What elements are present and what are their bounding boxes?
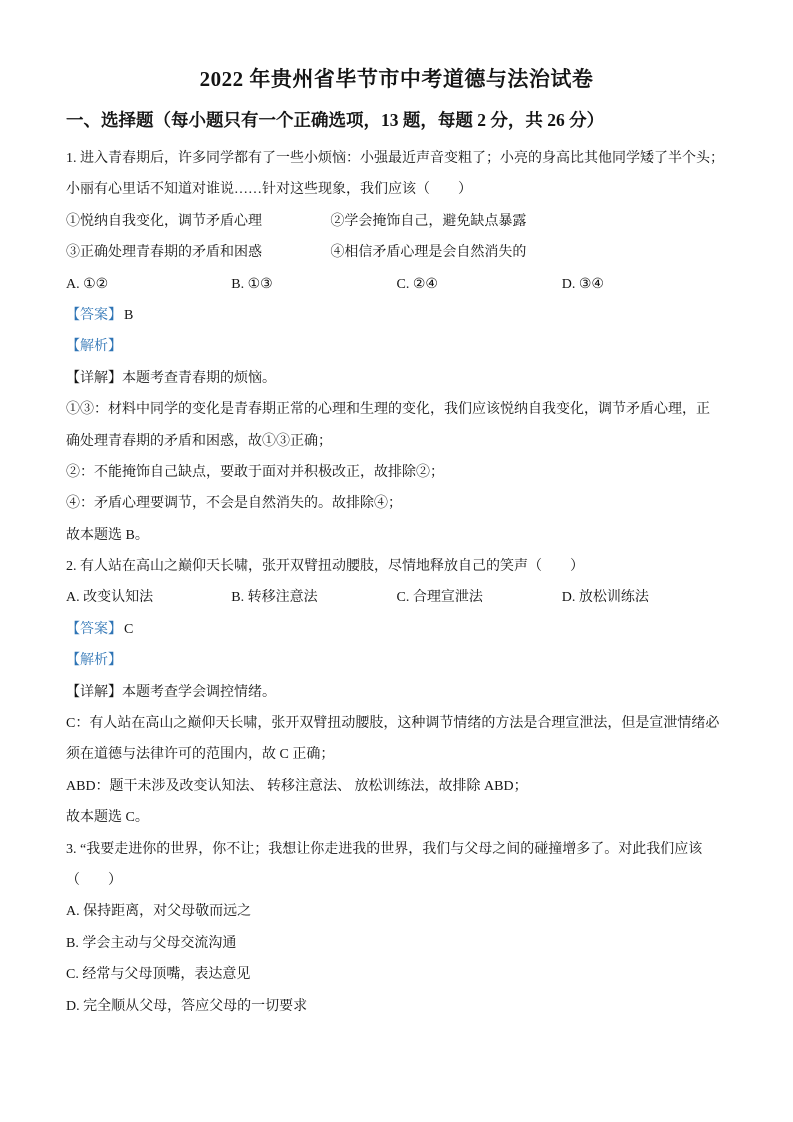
q2-detail-line1: 【详解】本题考查学会调控情绪。 <box>66 677 727 708</box>
q2-detail-line4: ABD：题干未涉及改变认知法、 转移注意法、 放松训练法，故排除 ABD； <box>66 771 727 802</box>
exam-paper-page: 2022 年贵州省毕节市中考道德与法治试卷 一、选择题（每小题只有一个正确选项，… <box>0 0 793 1122</box>
q3-stem-line2: （ ） <box>66 865 727 896</box>
q2-answer-value: C <box>124 622 133 637</box>
q1-option-a: A. ①② <box>66 269 231 300</box>
q1-analysis-line: 【解析】 <box>66 331 727 362</box>
q1-detail-line2: ①③：材料中同学的变化是青春期正常的心理和生理的变化，我们应该悦纳自我变化，调节… <box>66 394 727 425</box>
q1-answer-label: 【答案】 <box>66 308 122 323</box>
q2-options-row: A. 改变认知法 B. 转移注意法 C. 合理宣泄法 D. 放松训练法 <box>66 582 727 613</box>
q1-answer-value: B <box>124 308 133 323</box>
q1-analysis-label: 【解析】 <box>66 339 122 354</box>
q1-statement-2: ②学会掩饰自己，避免缺点暴露 <box>330 206 727 237</box>
q2-analysis-label: 【解析】 <box>66 653 122 668</box>
q2-detail-line2: C：有人站在高山之巅仰天长啸，张开双臂扭动腰肢，这种调节情绪的方法是合理宣泄法，… <box>66 708 727 739</box>
q2-stem-line1: 2. 有人站在高山之巅仰天长啸，张开双臂扭动腰肢，尽情地释放自己的笑声（ ） <box>66 551 727 582</box>
q1-option-d: D. ③④ <box>562 269 727 300</box>
q2-option-a: A. 改变认知法 <box>66 582 231 613</box>
q3-option-b: B. 学会主动与父母交流沟通 <box>66 928 727 959</box>
q2-analysis-line: 【解析】 <box>66 645 727 676</box>
q1-statements-row2: ③正确处理青春期的矛盾和困惑 ④相信矛盾心理是会自然消失的 <box>66 237 727 268</box>
q1-statements-row1: ①悦纳自我变化，调节矛盾心理 ②学会掩饰自己，避免缺点暴露 <box>66 206 727 237</box>
q2-answer-line: 【答案】C <box>66 614 727 645</box>
q1-options-row: A. ①② B. ①③ C. ②④ D. ③④ <box>66 269 727 300</box>
q1-stem-line1: 1. 进入青春期后，许多同学都有了一些小烦恼：小强最近声音变粗了；小亮的身高比其… <box>66 143 727 174</box>
q1-statement-3: ③正确处理青春期的矛盾和困惑 <box>66 237 330 268</box>
page-title: 2022 年贵州省毕节市中考道德与法治试卷 <box>66 64 727 94</box>
q1-detail-line3: 确处理青春期的矛盾和困惑，故①③正确； <box>66 426 727 457</box>
q3-option-a: A. 保持距离，对父母敬而远之 <box>66 896 727 927</box>
q1-option-b: B. ①③ <box>231 269 396 300</box>
q2-detail-line3: 须在道德与法律许可的范围内，故 C 正确； <box>66 739 727 770</box>
section-heading: 一、选择题（每小题只有一个正确选项，13 题，每题 2 分，共 26 分） <box>66 107 727 134</box>
q1-answer-line: 【答案】B <box>66 300 727 331</box>
q1-detail-line6: 故本题选 B。 <box>66 520 727 551</box>
q3-stem-line1: 3. “我要走进你的世界，你不让；我想让你走进我的世界，我们与父母之间的碰撞增多… <box>66 834 727 865</box>
q2-option-b: B. 转移注意法 <box>231 582 396 613</box>
q3-option-c: C. 经常与父母顶嘴，表达意见 <box>66 959 727 990</box>
q1-option-c: C. ②④ <box>397 269 562 300</box>
exam-body: 1. 进入青春期后，许多同学都有了一些小烦恼：小强最近声音变粗了；小亮的身高比其… <box>66 143 727 1022</box>
q2-detail-line5: 故本题选 C。 <box>66 802 727 833</box>
q1-detail-line4: ②：不能掩饰自己缺点，要敢于面对并积极改正，故排除②； <box>66 457 727 488</box>
q1-statement-4: ④相信矛盾心理是会自然消失的 <box>330 237 727 268</box>
q2-answer-label: 【答案】 <box>66 622 122 637</box>
q3-option-d: D. 完全顺从父母，答应父母的一切要求 <box>66 991 727 1022</box>
q1-stem-line2: 小丽有心里话不知道对谁说……针对这些现象，我们应该（ ） <box>66 174 727 205</box>
q1-statement-1: ①悦纳自我变化，调节矛盾心理 <box>66 206 330 237</box>
q1-detail-line5: ④：矛盾心理要调节，不会是自然消失的。故排除④； <box>66 488 727 519</box>
q1-detail-line1: 【详解】本题考查青春期的烦恼。 <box>66 363 727 394</box>
q2-option-c: C. 合理宣泄法 <box>397 582 562 613</box>
q2-option-d: D. 放松训练法 <box>562 582 727 613</box>
